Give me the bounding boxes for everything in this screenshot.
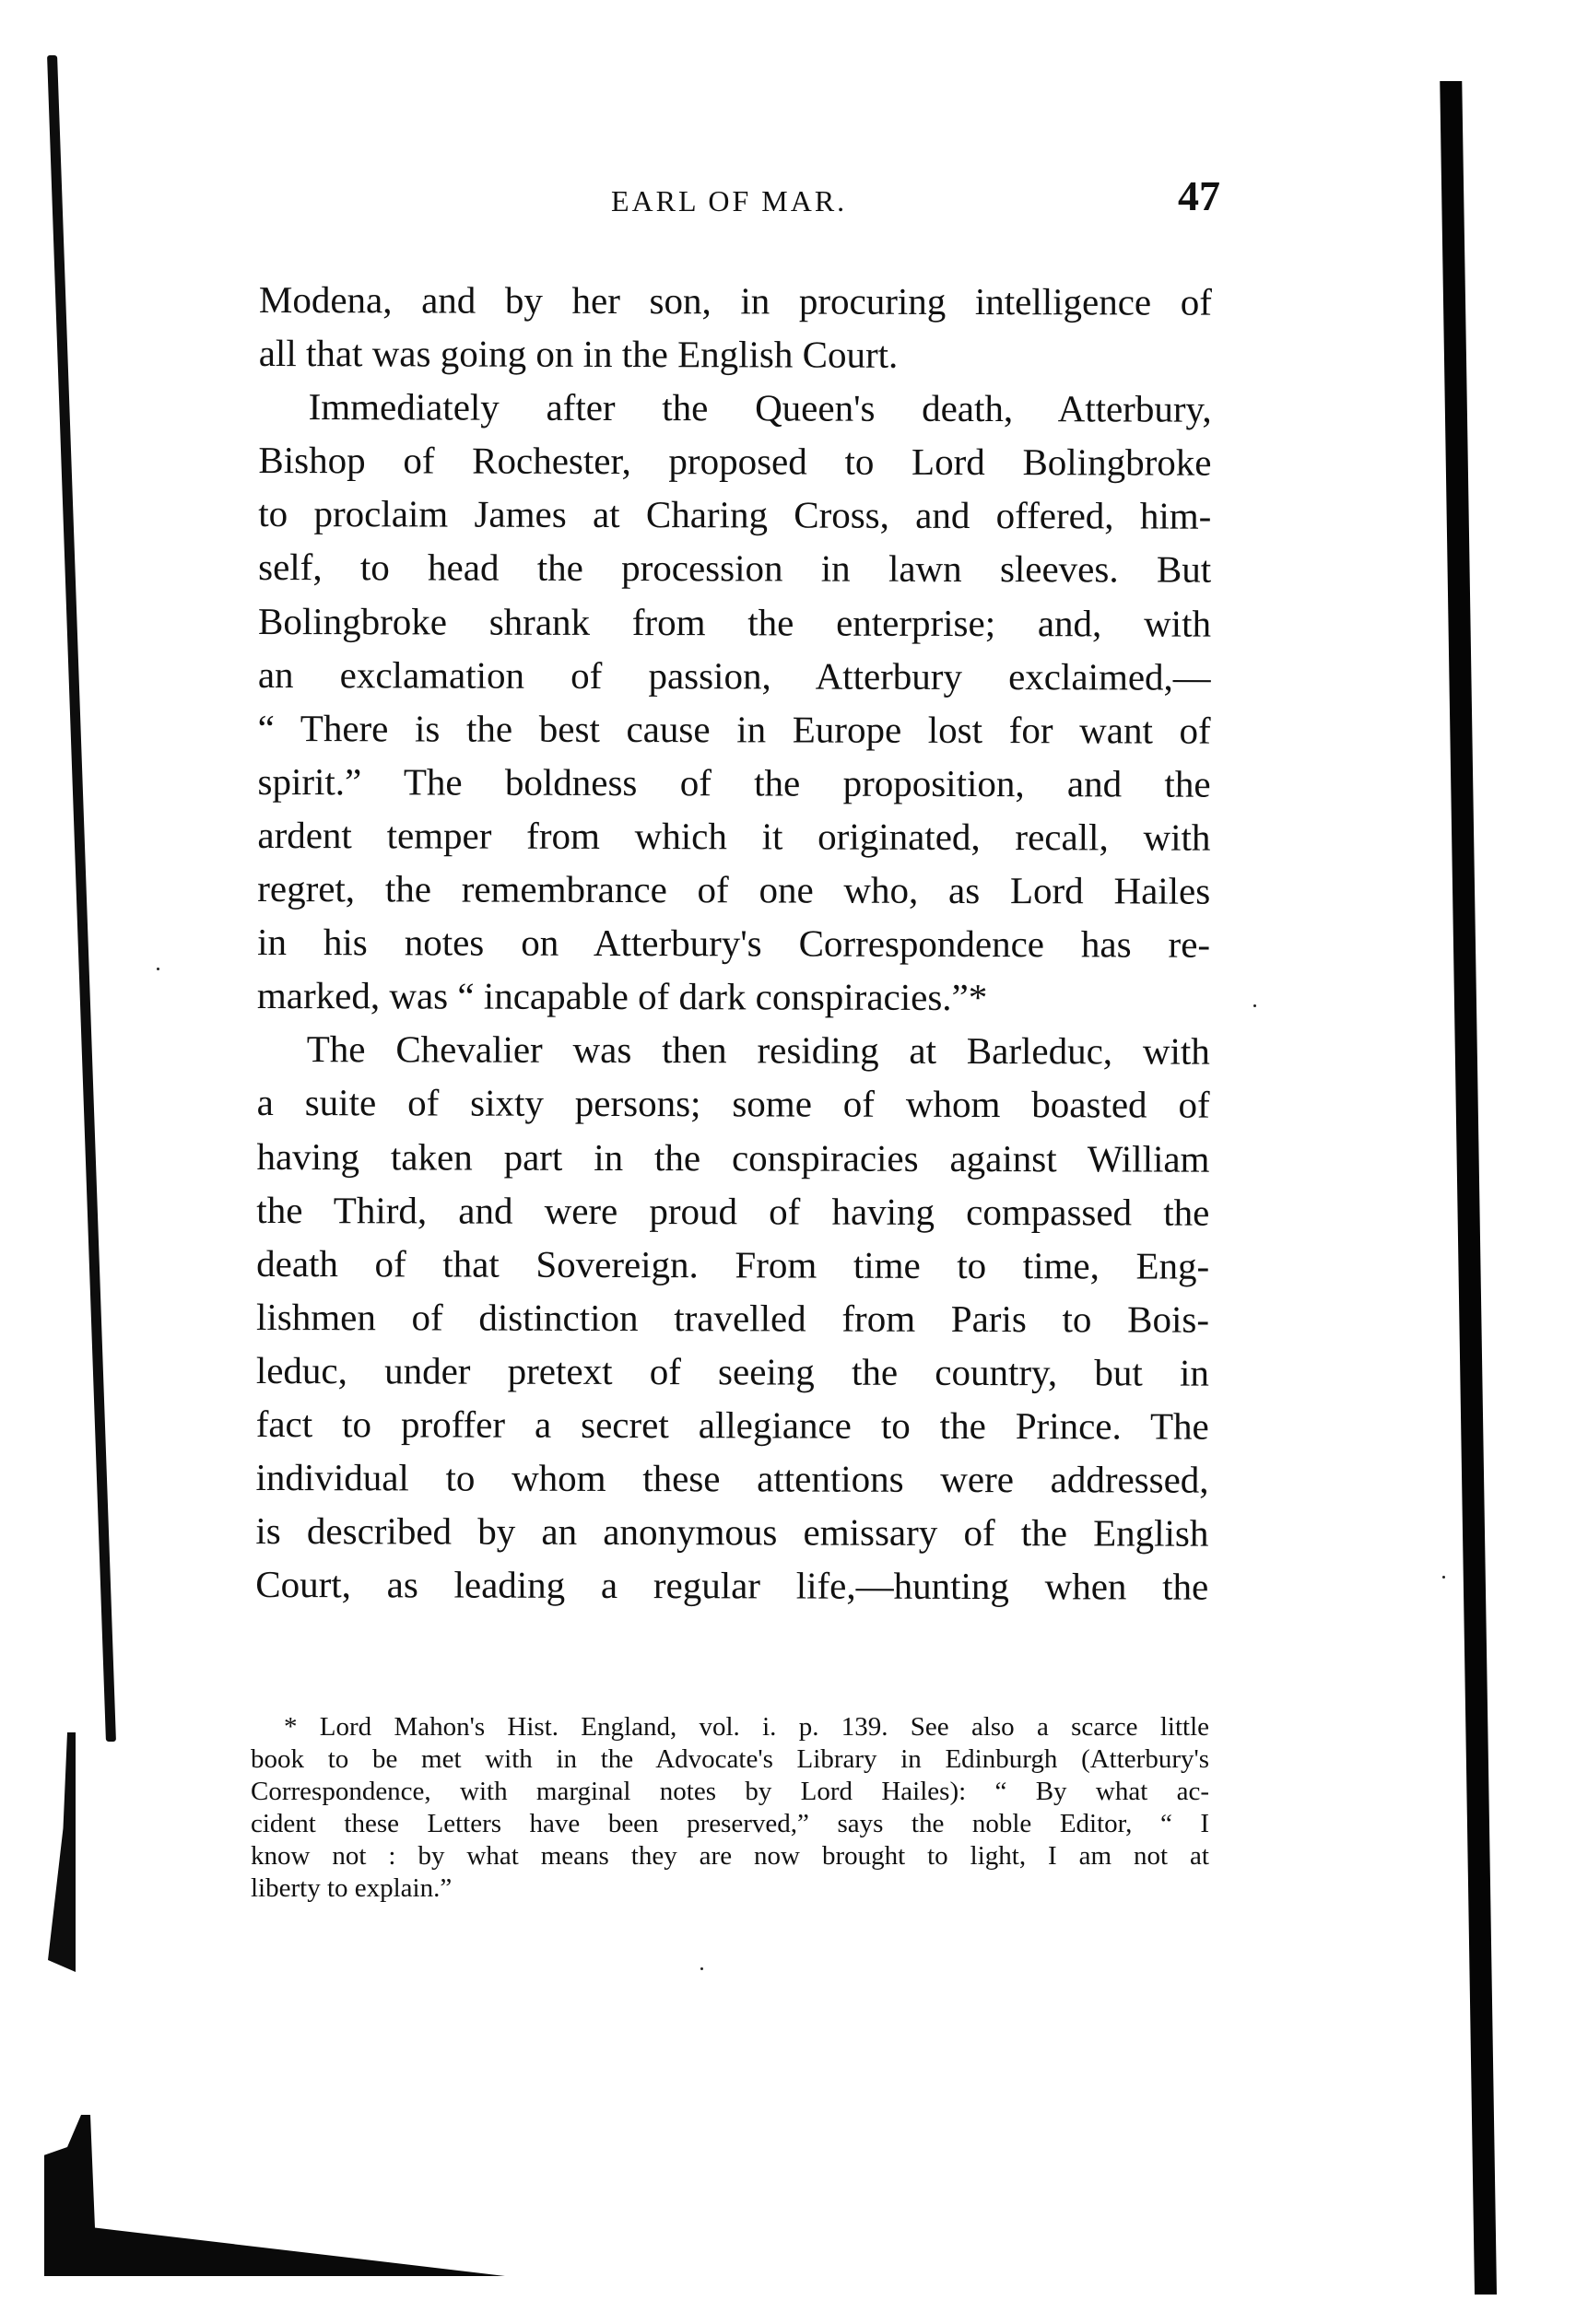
text-line: Court, as leading a regular life,—huntin…	[255, 1557, 1208, 1614]
text-line: marked, was “ incapable of dark conspira…	[257, 968, 1210, 1025]
text-line: self, to head the procession in lawn sle…	[258, 540, 1211, 596]
text-line: spirit.” The boldness of the proposition…	[257, 755, 1210, 811]
text-line: Bolingbroke shrank from the enterprise; …	[258, 594, 1211, 651]
paragraph-start-line: The Chevalier was then residing at Barle…	[257, 1022, 1210, 1078]
text-line: fact to proffer a secret allegiance to t…	[256, 1397, 1209, 1453]
scan-speck	[700, 1967, 703, 1970]
footnote-line: cident these Letters have been preserved…	[251, 1808, 1209, 1840]
text-line: all that was going on in the English Cou…	[259, 326, 1212, 382]
scan-edge-right	[1440, 81, 1497, 2295]
text-line: leduc, under pretext of seeing the count…	[256, 1344, 1209, 1400]
paragraph-start-line: Immediately after the Queen's death, Att…	[259, 380, 1212, 436]
page-number: 47	[1178, 173, 1220, 219]
running-head-title: EARL OF MAR.	[611, 182, 878, 219]
scan-speck	[1442, 1576, 1445, 1579]
text-line: in his notes on Atterbury's Corresponden…	[257, 915, 1210, 971]
scan-speck	[1253, 1004, 1256, 1007]
text-line: the Third, and were proud of having comp…	[256, 1183, 1209, 1239]
text-line: “ There is the best cause in Europe lost…	[258, 701, 1211, 757]
footnote-line: know not : by what means they are now br…	[251, 1840, 1209, 1872]
footnote: * Lord Mahon's Hist. England, vol. i. p.…	[251, 1711, 1209, 1905]
footnote-line: Correspondence, with marginal notes by L…	[251, 1776, 1209, 1808]
scan-speck	[157, 968, 159, 970]
text-line: having taken part in the conspiracies ag…	[256, 1129, 1209, 1185]
text-line: individual to whom these attentions were…	[256, 1450, 1209, 1507]
text-line: regret, the remembrance of one who, as L…	[257, 862, 1210, 918]
footnote-line: liberty to explain.”	[251, 1872, 1209, 1905]
text-line: death of that Sovereign. From time to ti…	[256, 1237, 1209, 1293]
footnote-line: * Lord Mahon's Hist. England, vol. i. p.…	[251, 1711, 1209, 1743]
scan-edge-left	[47, 55, 116, 1742]
footnote-line: book to be met with in the Advocate's Li…	[251, 1743, 1209, 1776]
text-line: ardent temper from which it originated, …	[257, 808, 1210, 864]
text-line: Bishop of Rochester, proposed to Lord Bo…	[258, 433, 1211, 489]
scan-edge-left-flare	[48, 1732, 76, 1972]
text-line: Modena, and by her son, in procuring int…	[259, 273, 1212, 329]
text-line: to proclaim James at Charing Cross, and …	[258, 487, 1211, 543]
text-line: lishmen of distinction travelled from Pa…	[256, 1290, 1209, 1346]
scan-shadow-bottom-left	[44, 2115, 505, 2276]
text-line: a suite of sixty persons; some of whom b…	[257, 1075, 1210, 1132]
text-line: an exclamation of passion, Atterbury exc…	[258, 648, 1211, 704]
text-line: is described by an anonymous emissary of…	[255, 1504, 1208, 1560]
body-text: Modena, and by her son, in procuring int…	[255, 273, 1212, 1614]
